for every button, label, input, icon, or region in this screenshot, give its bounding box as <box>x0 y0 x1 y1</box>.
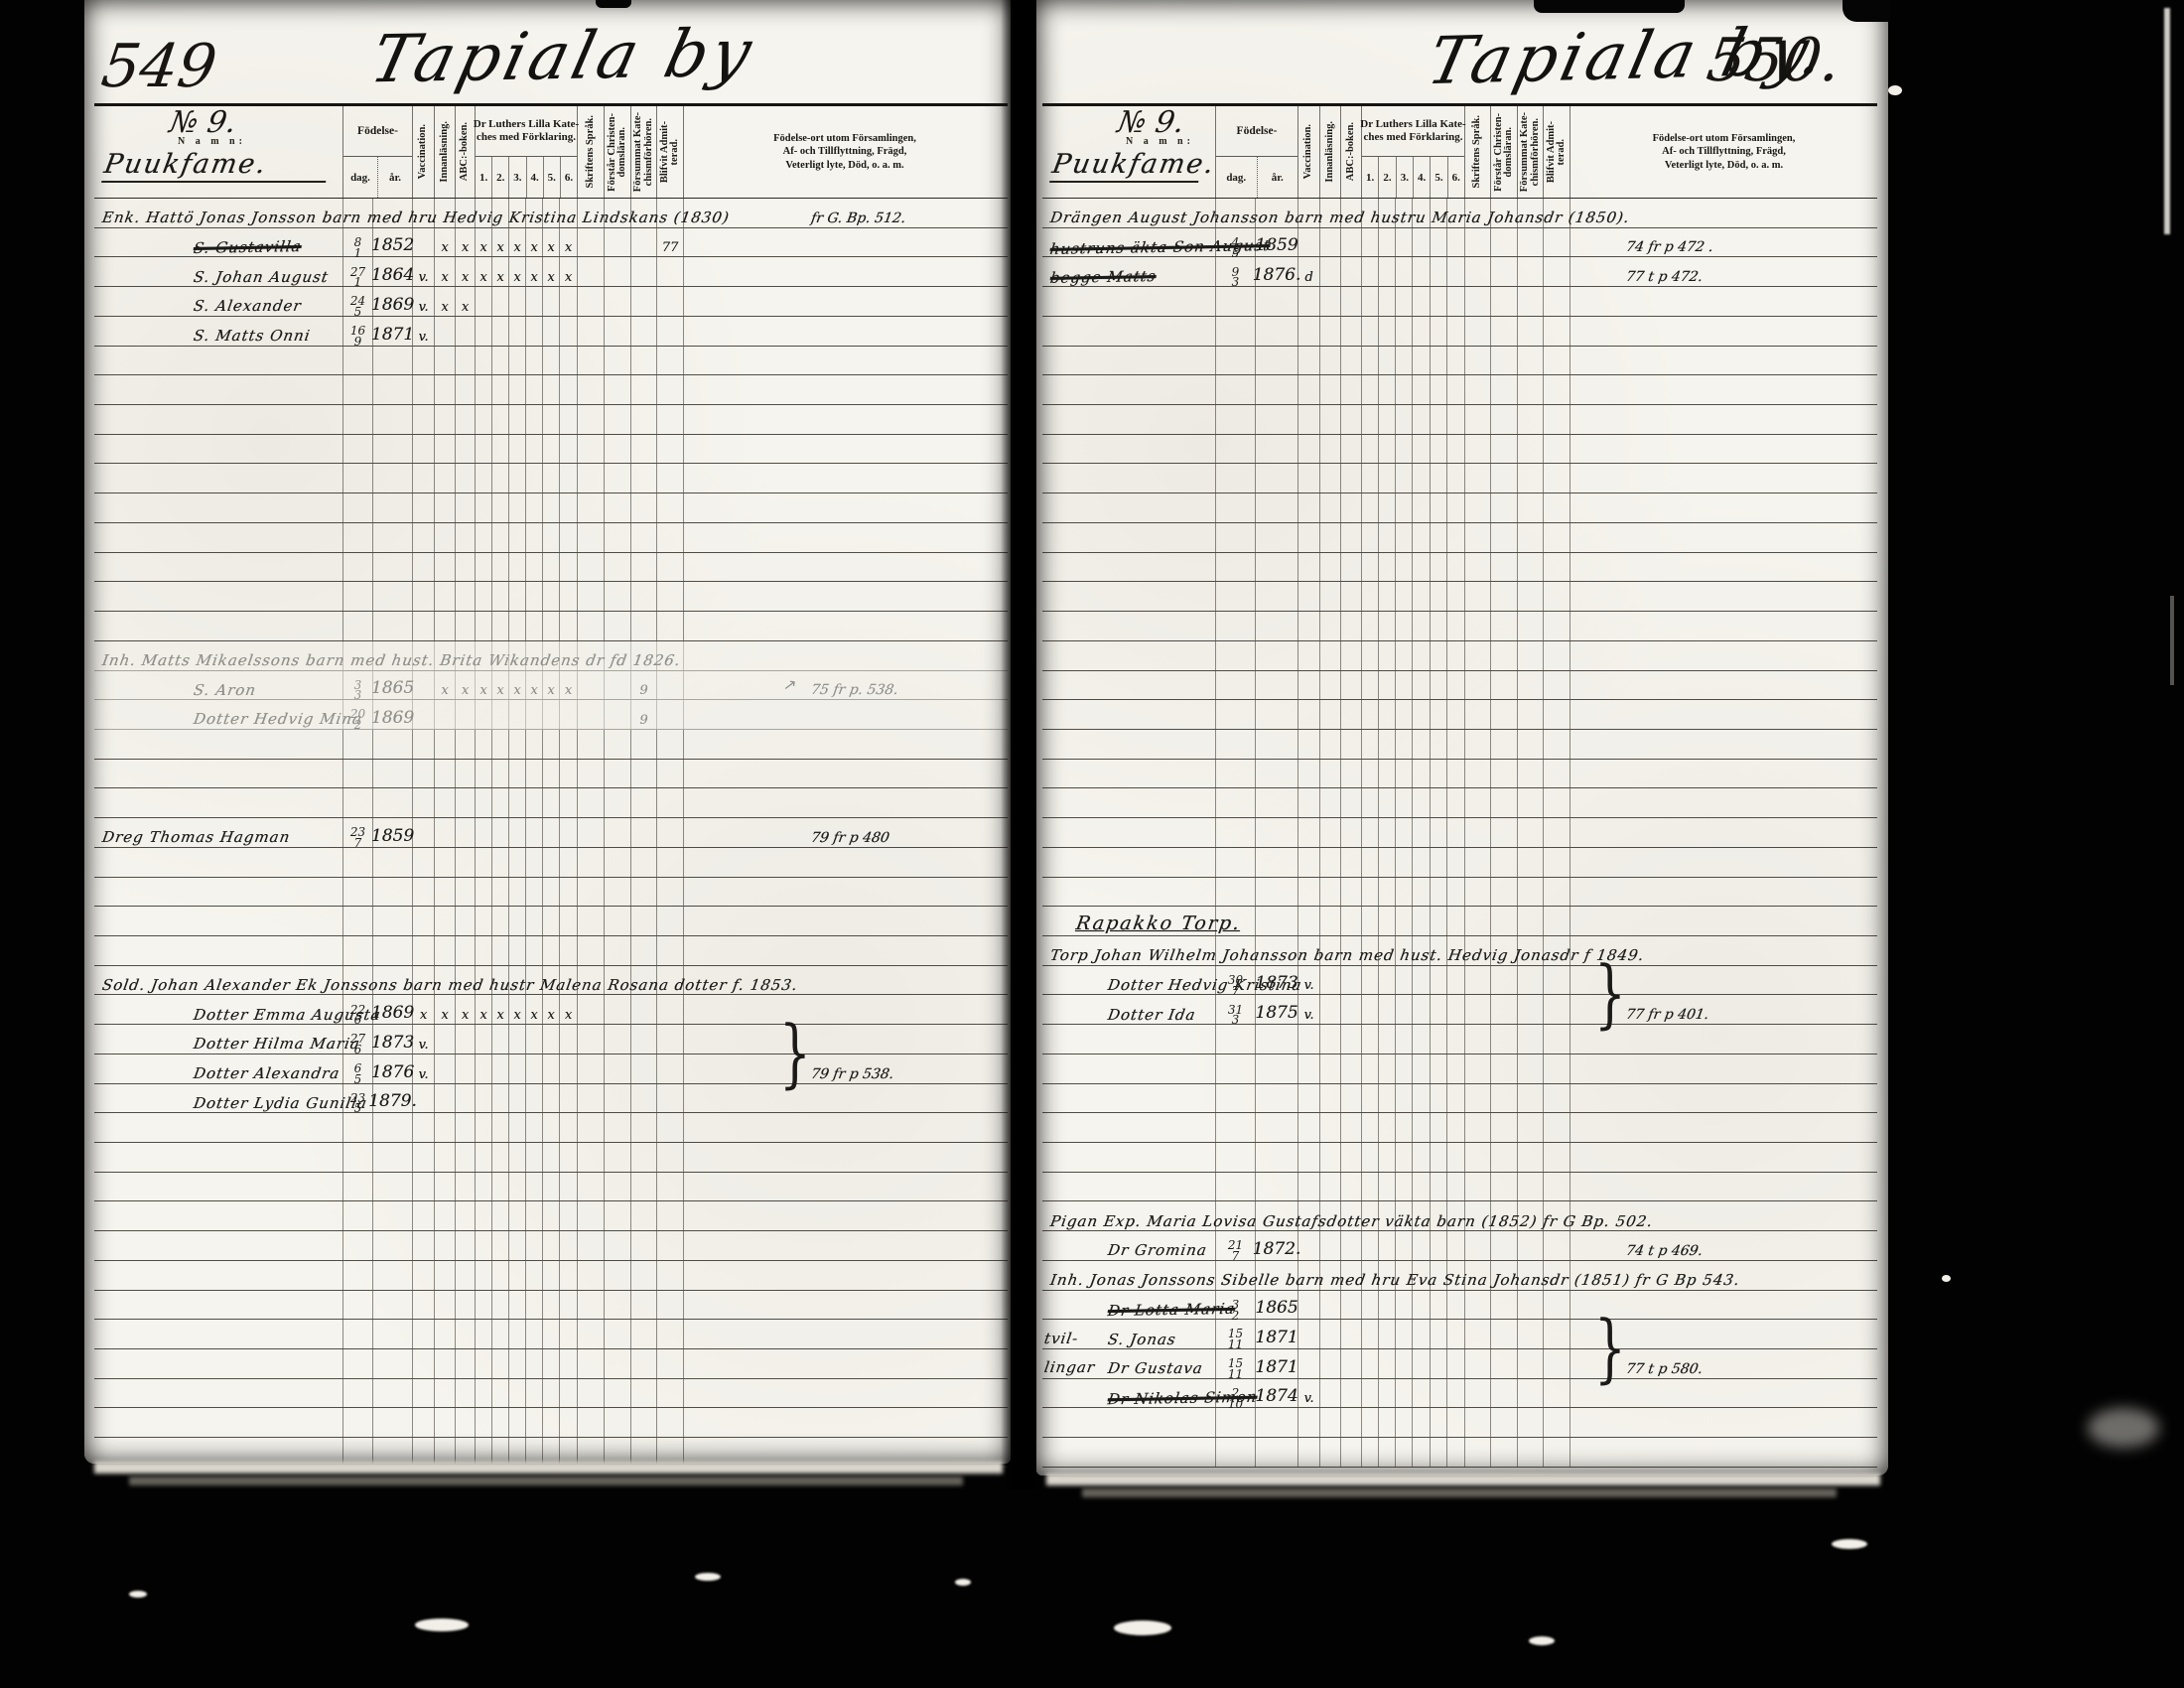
col-header-missed-exams: Försummat Kate-chismförhören. <box>1517 106 1543 198</box>
cell-birth-day <box>1215 375 1255 404</box>
cell-catechism-3 <box>1395 907 1412 935</box>
table-row: Inh. Jonas Jonssons Sibelle barn med hru… <box>1042 1261 1877 1291</box>
notes-annotation: 75 fr p. 538. <box>683 682 899 698</box>
cell-catechism-1 <box>1361 257 1378 286</box>
cell-catechism-5 <box>1430 730 1446 759</box>
mark-value: x <box>462 683 469 698</box>
cell-catechism-2 <box>1378 493 1395 522</box>
entry-name: Dotter Hilma Maria <box>193 1036 361 1053</box>
cell-catechism-2 <box>491 1291 508 1320</box>
entry-name: S. Aron <box>193 682 258 699</box>
cell-vaccination <box>1297 1349 1319 1378</box>
cell-catechism-1 <box>1361 1084 1378 1113</box>
cell-vaccination <box>1297 1438 1319 1467</box>
cell-catechism-6: x <box>559 228 577 257</box>
table-row <box>94 612 1008 641</box>
cell-catechism-4 <box>525 1055 542 1083</box>
mark-value: 77 <box>662 240 679 255</box>
cell-birth-year <box>372 907 412 935</box>
cell-reading <box>1319 1055 1340 1083</box>
cell-notes <box>1570 700 1877 729</box>
cell-catechism-3 <box>1395 1320 1412 1348</box>
cell-name: Torp Johan Wilhelm Johansson barn med hu… <box>1042 936 1215 965</box>
cell-birth-year <box>1255 582 1297 611</box>
cell-name: hustruns äkta Son August <box>1042 228 1215 257</box>
entry-name: Dreg Thomas Hagman <box>101 829 292 846</box>
cell-catechism-2 <box>1378 760 1395 788</box>
cell-reading <box>1319 907 1340 935</box>
cell-scripture <box>1464 435 1490 464</box>
cell-birth-day: 93 <box>1215 257 1255 286</box>
cell-abc <box>455 1084 475 1113</box>
cell-abc <box>1340 375 1361 404</box>
scan-artifact <box>415 1618 469 1631</box>
cell-catechism-3 <box>508 1201 525 1230</box>
cell-catechism-1 <box>475 1261 491 1290</box>
cell-catechism-5 <box>542 347 559 375</box>
cell-catechism-3 <box>1395 1438 1412 1467</box>
cell-catechism-5 <box>542 1291 559 1320</box>
cell-scripture <box>577 1349 604 1378</box>
cell-doctrine <box>604 435 630 464</box>
cell-reading <box>1319 405 1340 434</box>
cell-catechism-3: x <box>508 671 525 700</box>
cell-doctrine <box>604 347 630 375</box>
cell-name <box>94 375 342 404</box>
cell-admitted <box>1543 347 1570 375</box>
scan-artifact <box>1832 1539 1867 1549</box>
cell-catechism-4 <box>1412 700 1430 729</box>
cell-catechism-5 <box>542 700 559 729</box>
cell-catechism-4 <box>525 1408 542 1437</box>
table-row <box>1042 317 1877 347</box>
cell-vaccination <box>412 1173 434 1201</box>
scan-artifact <box>2088 1408 2159 1448</box>
cell-catechism-5 <box>1430 1143 1446 1172</box>
table-row <box>1042 523 1877 553</box>
cell-catechism-3 <box>508 1084 525 1113</box>
cell-catechism-1 <box>475 435 491 464</box>
cell-admitted <box>1543 878 1570 907</box>
cell-missed-exams <box>1517 730 1543 759</box>
cell-catechism-1 <box>475 347 491 375</box>
cell-catechism-6 <box>1446 493 1464 522</box>
table-row <box>1042 671 1877 701</box>
cell-birth-day <box>342 1231 372 1260</box>
cell-catechism-3 <box>508 1291 525 1320</box>
cell-doctrine <box>1490 1055 1517 1083</box>
cell-catechism-3 <box>1395 493 1412 522</box>
cell-admitted <box>656 375 683 404</box>
cell-catechism-4 <box>1412 1143 1430 1172</box>
col-header-birth: Födelse-dag.år. <box>1215 106 1297 198</box>
table-row: S. Johan August2711864v.xxxxxxxx <box>94 257 1008 287</box>
cell-scripture <box>1464 1143 1490 1172</box>
cell-name <box>94 848 342 877</box>
table-row: Rapakko Torp. <box>1042 907 1877 936</box>
cell-catechism-3 <box>508 1231 525 1260</box>
cell-catechism-1 <box>1361 317 1378 346</box>
cell-doctrine <box>604 257 630 286</box>
cell-catechism-2 <box>1378 818 1395 847</box>
cell-catechism-1 <box>1361 1025 1378 1054</box>
cell-birth-year <box>372 730 412 759</box>
mark-value: x <box>547 240 554 255</box>
cell-name <box>1042 375 1215 404</box>
cell-vaccination <box>412 1201 434 1230</box>
cell-abc <box>455 523 475 552</box>
cell-catechism-3 <box>1395 1084 1412 1113</box>
cell-catechism-4 <box>525 1320 542 1348</box>
cell-catechism-4 <box>1412 1438 1430 1467</box>
cell-missed-exams <box>630 347 656 375</box>
cell-notes <box>683 228 1006 257</box>
scan-artifact <box>129 1591 147 1598</box>
cell-birth-year <box>372 464 412 492</box>
cell-scripture <box>1464 878 1490 907</box>
cell-catechism-4 <box>1412 317 1430 346</box>
cell-name: Dotter Emma Augusta <box>94 995 342 1024</box>
table-row: Sold. Johan Alexander Ek Jonssons barn m… <box>94 966 1008 996</box>
scan-artifact <box>1888 85 1902 95</box>
table-row <box>94 375 1008 405</box>
cell-abc <box>455 347 475 375</box>
cell-doctrine <box>604 1113 630 1142</box>
cell-catechism-2 <box>491 493 508 522</box>
cell-missed-exams <box>1517 907 1543 935</box>
cell-notes <box>1570 464 1877 492</box>
table-row: Pigan Exp. Maria Lovisa Gustafsdotter vä… <box>1042 1201 1877 1231</box>
cell-admitted <box>656 818 683 847</box>
cell-missed-exams <box>1517 1025 1543 1054</box>
cell-missed-exams <box>630 435 656 464</box>
cell-name: begge Matts <box>1042 257 1215 286</box>
birth-year-value: 1859 <box>371 826 414 846</box>
table-header: № 9.N a m n:Puukfame.Födelse-dag.år.Vacc… <box>94 106 1008 199</box>
cell-catechism-2 <box>491 730 508 759</box>
cell-catechism-3 <box>508 700 525 729</box>
cell-name <box>94 1201 342 1230</box>
cell-vaccination <box>412 464 434 492</box>
cell-catechism-6 <box>559 818 577 847</box>
cell-catechism-6 <box>1446 788 1464 817</box>
cell-name <box>94 1261 342 1290</box>
cell-missed-exams <box>1517 1291 1543 1320</box>
cell-name <box>94 907 342 935</box>
entry-name: Inh. Matts Mikaelssons barn med hust. Br… <box>101 652 682 669</box>
cell-doctrine <box>604 936 630 965</box>
cell-birth-day <box>1215 730 1255 759</box>
cell-catechism-5 <box>1430 582 1446 611</box>
cell-birth-day <box>342 1143 372 1172</box>
cell-name <box>94 435 342 464</box>
cell-birth-day <box>1215 317 1255 346</box>
cell-abc <box>455 760 475 788</box>
cell-notes <box>683 1025 1006 1054</box>
table-row <box>1042 1025 1877 1055</box>
table-row <box>94 553 1008 583</box>
cell-catechism-4 <box>1412 1408 1430 1437</box>
cell-catechism-1 <box>1361 582 1378 611</box>
cell-vaccination <box>412 1143 434 1172</box>
cell-notes <box>683 405 1006 434</box>
scanned-church-record: { "scan": {"paper_color": "#f6f4ee", "in… <box>0 0 2184 1688</box>
table-row: Dr Gustavalingar15111871}77 t p 580. <box>1042 1349 1877 1379</box>
cell-missed-exams <box>1517 435 1543 464</box>
birth-day-value: 217 <box>1228 1240 1243 1262</box>
table-row: S. Gustavilla811852xxxxxxxx77 <box>94 228 1008 258</box>
cell-catechism-3 <box>508 347 525 375</box>
cell-catechism-6 <box>1446 848 1464 877</box>
cell-scripture <box>1464 671 1490 700</box>
cell-catechism-2 <box>1378 375 1395 404</box>
cell-name <box>94 1349 342 1378</box>
cell-birth-year: 1872. <box>1255 1231 1297 1260</box>
page-bottom-edge <box>1046 1474 1880 1485</box>
cell-catechism-1 <box>1361 730 1378 759</box>
cell-notes <box>683 760 1006 788</box>
cell-birth-day <box>1215 878 1255 907</box>
cell-birth-day <box>342 848 372 877</box>
cell-missed-exams <box>1517 582 1543 611</box>
notes-annotation: 77 t p 580. <box>1570 1361 1704 1377</box>
cell-birth-year <box>372 1201 412 1230</box>
cell-birth-year <box>1255 878 1297 907</box>
cell-vaccination <box>412 1261 434 1290</box>
cell-catechism-1 <box>475 818 491 847</box>
table-row <box>1042 347 1877 376</box>
cell-missed-exams <box>1517 641 1543 670</box>
cell-admitted <box>656 907 683 935</box>
cell-notes <box>683 1261 1006 1290</box>
scan-artifact <box>695 1573 721 1581</box>
cell-scripture <box>1464 287 1490 316</box>
cell-catechism-2 <box>491 907 508 935</box>
cell-abc <box>1340 1438 1361 1467</box>
cell-catechism-2 <box>1378 1349 1395 1378</box>
mark-value: x <box>462 270 469 285</box>
cell-name <box>1042 1113 1215 1142</box>
cell-reading <box>434 936 455 965</box>
cell-doctrine <box>604 405 630 434</box>
cell-catechism-3 <box>1395 671 1412 700</box>
mark-value: 9 <box>639 683 647 698</box>
cell-birth-year: 1871 <box>1255 1349 1297 1378</box>
cell-birth-year <box>372 1113 412 1142</box>
cell-admitted <box>1543 907 1570 935</box>
table-row <box>94 1261 1008 1291</box>
cell-vaccination <box>412 1320 434 1348</box>
cell-catechism-6 <box>559 553 577 582</box>
cell-missed-exams <box>630 1291 656 1320</box>
cell-catechism-3 <box>1395 375 1412 404</box>
cell-vaccination <box>412 1379 434 1408</box>
cell-reading <box>1319 1320 1340 1348</box>
cell-vaccination <box>1297 435 1319 464</box>
cell-doctrine <box>604 1408 630 1437</box>
cell-admitted <box>656 1055 683 1083</box>
cell-notes <box>683 464 1006 492</box>
cell-catechism-6 <box>1446 464 1464 492</box>
col-header-name: № 9.N a m n:Puukfame. <box>1042 106 1215 198</box>
cell-catechism-5 <box>1430 1438 1446 1467</box>
cell-missed-exams: 9 <box>630 700 656 729</box>
table-row: hustruns äkta Son August45185974 fr p 47… <box>1042 228 1877 258</box>
catechism-number-label: 4. <box>1413 157 1430 198</box>
cell-name <box>94 1379 342 1408</box>
cell-missed-exams <box>1517 347 1543 375</box>
cell-catechism-1 <box>1361 788 1378 817</box>
margin-note: lingar <box>1043 1359 1097 1376</box>
cell-notes <box>683 1143 1006 1172</box>
cell-scripture <box>577 1320 604 1348</box>
cell-doctrine <box>604 464 630 492</box>
cell-admitted <box>1543 730 1570 759</box>
mark-value: x <box>530 1008 537 1023</box>
cell-catechism-6 <box>1446 1349 1464 1378</box>
cell-abc <box>455 1379 475 1408</box>
cell-abc: x <box>455 228 475 257</box>
cell-scripture <box>1464 907 1490 935</box>
cell-birth-year <box>1255 730 1297 759</box>
cell-name <box>1042 1055 1215 1083</box>
cell-catechism-1 <box>475 878 491 907</box>
cell-notes <box>683 1320 1006 1348</box>
cell-vaccination <box>412 582 434 611</box>
table-row <box>94 1320 1008 1349</box>
cell-admitted: 77 <box>656 228 683 257</box>
cell-scripture <box>1464 995 1490 1024</box>
table-row: Dotter Ida3131875v.}77 fr p 401. <box>1042 995 1877 1025</box>
col-header-reading: Innanläsning. <box>434 106 455 198</box>
cell-catechism-4 <box>525 464 542 492</box>
cell-vaccination <box>412 493 434 522</box>
cell-reading <box>434 818 455 847</box>
cell-missed-exams <box>630 1025 656 1054</box>
cell-abc <box>1340 1143 1361 1172</box>
cell-missed-exams <box>630 1231 656 1260</box>
cell-doctrine <box>1490 848 1517 877</box>
cell-birth-year <box>1255 907 1297 935</box>
cell-birth-day <box>1215 818 1255 847</box>
cell-catechism-5 <box>542 612 559 640</box>
cell-catechism-1 <box>1361 966 1378 995</box>
birth-day-value: 271 <box>350 267 365 289</box>
cell-catechism-4 <box>525 553 542 582</box>
cell-catechism-4 <box>525 435 542 464</box>
cell-notes <box>1570 523 1877 552</box>
cell-catechism-6 <box>559 700 577 729</box>
cell-catechism-3 <box>1395 523 1412 552</box>
catechism-number-label: 2. <box>491 157 508 198</box>
cell-vaccination <box>1297 1408 1319 1437</box>
cell-missed-exams <box>1517 228 1543 257</box>
cell-notes <box>683 878 1006 907</box>
cell-admitted <box>1543 1231 1570 1260</box>
cell-admitted <box>1543 435 1570 464</box>
cell-scripture <box>1464 1408 1490 1437</box>
cell-admitted <box>656 347 683 375</box>
table-row <box>1042 730 1877 760</box>
cell-catechism-6 <box>559 582 577 611</box>
cell-birth-year <box>372 1349 412 1378</box>
cell-catechism-4: x <box>525 228 542 257</box>
mark-value: x <box>479 683 486 698</box>
cell-admitted <box>1543 1055 1570 1083</box>
cell-scripture <box>577 1201 604 1230</box>
cell-admitted <box>656 700 683 729</box>
cell-catechism-3 <box>508 435 525 464</box>
cell-vaccination <box>1297 228 1319 257</box>
cell-catechism-5 <box>1430 641 1446 670</box>
cell-scripture <box>1464 848 1490 877</box>
cell-scripture <box>577 936 604 965</box>
cell-admitted <box>656 995 683 1024</box>
cell-scripture <box>577 405 604 434</box>
cell-reading <box>434 1231 455 1260</box>
table-row <box>1042 1113 1877 1143</box>
cell-missed-exams <box>1517 375 1543 404</box>
cell-notes <box>683 612 1006 640</box>
notes-header-line: Af- och Tillflyttning, Frägd, <box>1570 145 1877 159</box>
cell-catechism-2 <box>1378 612 1395 640</box>
cell-admitted <box>1543 257 1570 286</box>
cell-reading <box>434 1291 455 1320</box>
cell-admitted <box>656 612 683 640</box>
cell-catechism-6 <box>1446 1113 1464 1142</box>
cell-name <box>94 760 342 788</box>
cell-name <box>1042 287 1215 316</box>
cell-vaccination <box>1297 700 1319 729</box>
cell-catechism-3 <box>508 1113 525 1142</box>
cell-catechism-6 <box>1446 375 1464 404</box>
table-row <box>94 493 1008 523</box>
cell-admitted <box>1543 788 1570 817</box>
cell-catechism-5 <box>1430 317 1446 346</box>
cell-catechism-1 <box>1361 612 1378 640</box>
cell-birth-year <box>1255 553 1297 582</box>
cell-scripture <box>1464 257 1490 286</box>
cell-catechism-4 <box>1412 228 1430 257</box>
mark-value: v. <box>419 1067 429 1082</box>
cell-catechism-3 <box>1395 1113 1412 1142</box>
col-header-scripture: Skriftens Språk. <box>1464 106 1490 198</box>
cell-birth-day <box>342 1173 372 1201</box>
cell-name: S. Matts Onni <box>94 317 342 346</box>
cell-scripture <box>577 1261 604 1290</box>
cell-missed-exams <box>1517 1084 1543 1113</box>
cell-catechism-2 <box>1378 1291 1395 1320</box>
cell-admitted <box>1543 1320 1570 1348</box>
cell-catechism-1 <box>1361 1055 1378 1083</box>
cell-abc <box>455 1025 475 1054</box>
cell-catechism-4 <box>1412 818 1430 847</box>
cell-reading <box>434 788 455 817</box>
cell-birth-day <box>342 1320 372 1348</box>
cell-birth-day <box>342 1349 372 1378</box>
cell-catechism-3 <box>1395 1025 1412 1054</box>
cell-scripture <box>577 848 604 877</box>
cell-vaccination: x <box>412 995 434 1024</box>
cell-birth-day <box>342 435 372 464</box>
cell-admitted <box>656 1113 683 1142</box>
cell-name: Dreg Thomas Hagman <box>94 818 342 847</box>
table-row <box>94 936 1008 966</box>
cell-catechism-3 <box>508 1379 525 1408</box>
cell-missed-exams <box>1517 1055 1543 1083</box>
cell-catechism-2 <box>1378 878 1395 907</box>
cell-catechism-5 <box>1430 878 1446 907</box>
